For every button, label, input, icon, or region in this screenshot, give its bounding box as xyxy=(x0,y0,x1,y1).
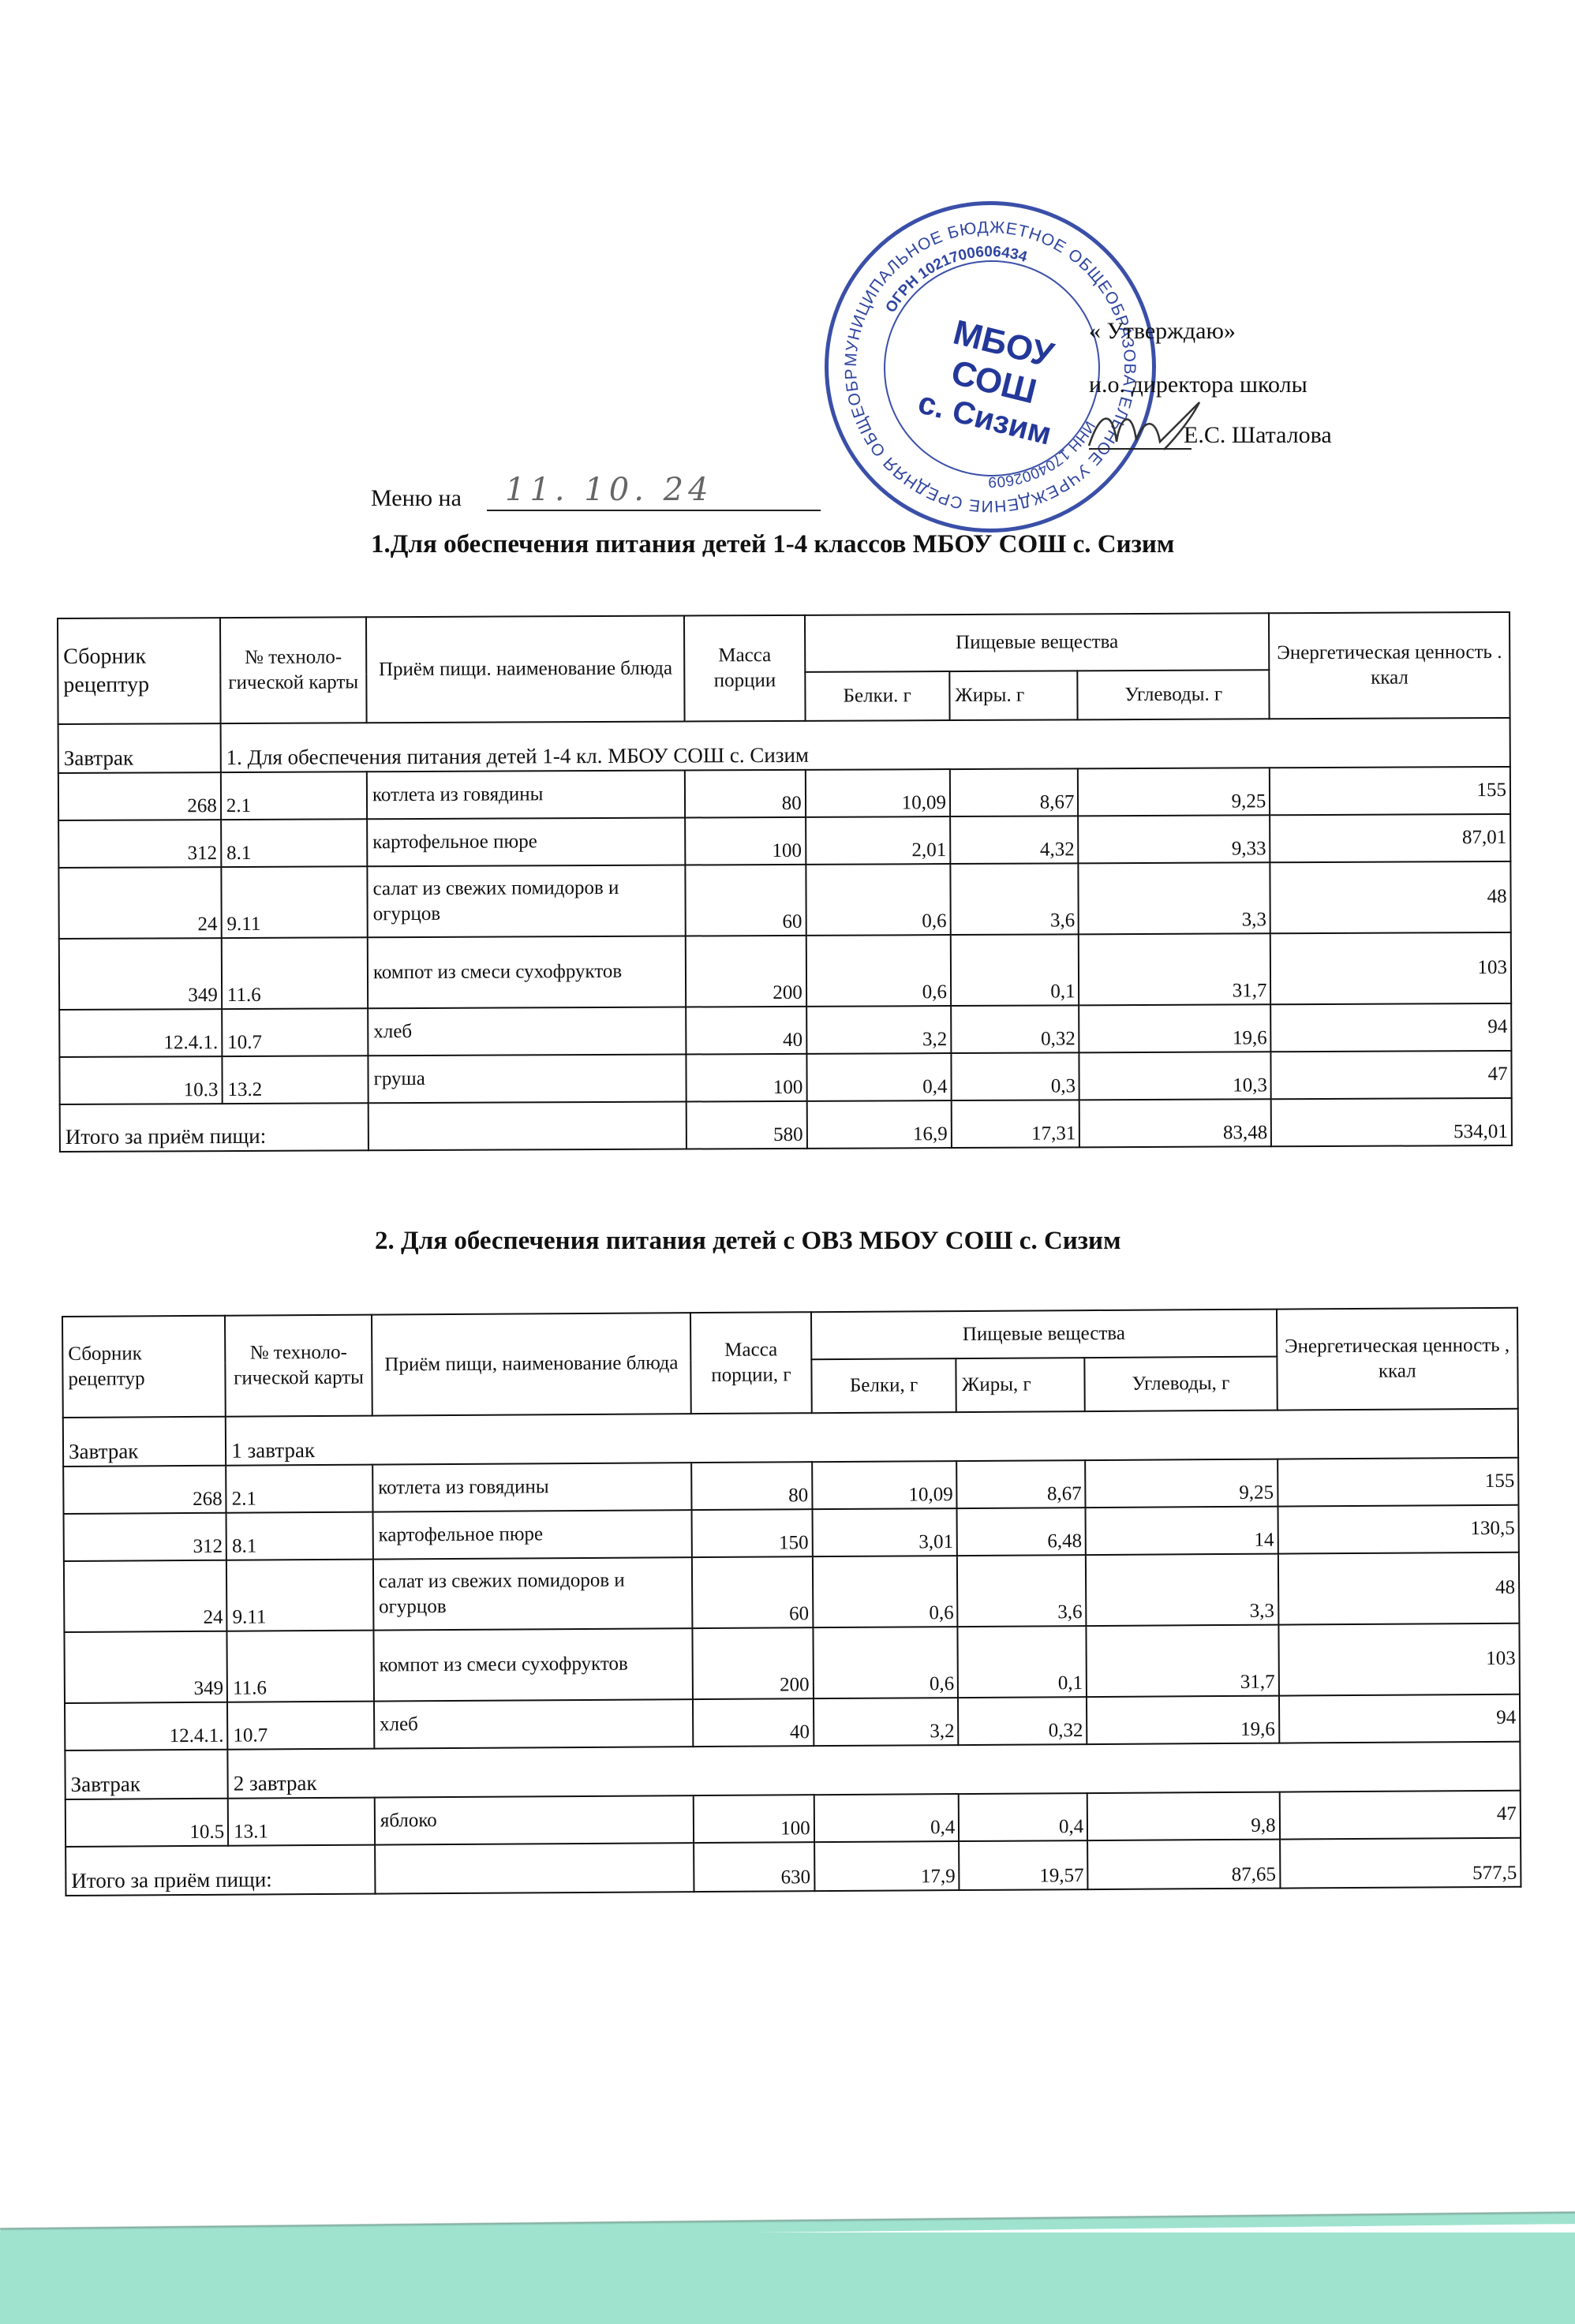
cell-mass: 40 xyxy=(686,1007,807,1055)
total-carbs: 83,48 xyxy=(1079,1099,1271,1147)
cell-fat: 0,32 xyxy=(958,1697,1087,1745)
cell-tech-card: 11.6 xyxy=(222,937,368,1009)
cell-carbs: 9,25 xyxy=(1085,1459,1278,1508)
cell-tech-card: 2.1 xyxy=(226,1465,372,1513)
cell-energy: 48 xyxy=(1270,861,1511,933)
cell-dish: груша xyxy=(368,1055,686,1104)
cell-dish: салат из свежих помидоров и огурцов xyxy=(367,865,686,938)
cell-tech-card: 8.1 xyxy=(221,819,367,867)
header-sbornik: Сборник рецептур xyxy=(58,618,220,724)
total-energy: 534,01 xyxy=(1271,1098,1512,1146)
cell-fat: 4,32 xyxy=(950,816,1079,864)
table-row: 3128.1картофельное пюре1002,014,329,3387… xyxy=(58,814,1510,868)
header-tech-card: № техноло-гической карты xyxy=(225,1315,372,1417)
cell-tech-card: 2.1 xyxy=(221,772,367,820)
cell-dish: хлеб xyxy=(374,1699,694,1748)
cell-sbornik: 12.4.1. xyxy=(59,1009,222,1057)
section1-heading: 1.Для обеспечения питания детей 1-4 клас… xyxy=(371,530,1174,559)
header-protein: Белки, г xyxy=(811,1358,956,1413)
cell-energy: 94 xyxy=(1270,1003,1511,1052)
cell-tech-card: 10.7 xyxy=(227,1702,374,1750)
table-row: 249.11салат из свежих помидоров и огурцо… xyxy=(64,1552,1520,1632)
cell-energy: 103 xyxy=(1278,1623,1520,1696)
section1-table: Сборник рецептур № техноло-гической карт… xyxy=(57,611,1513,1153)
cell-carbs: 3,3 xyxy=(1086,1554,1278,1626)
cell-carbs: 31,7 xyxy=(1087,1625,1279,1697)
cell-fat: 0,3 xyxy=(951,1052,1079,1100)
total-dish xyxy=(375,1843,694,1893)
cell-dish: котлета из говядины xyxy=(367,771,686,820)
cell-protein: 3,2 xyxy=(806,1006,951,1054)
total-mass: 580 xyxy=(686,1101,807,1149)
cell-mass: 60 xyxy=(692,1556,813,1628)
menu-date-underline xyxy=(487,510,821,511)
cell-dish: котлета из говядины xyxy=(372,1463,692,1511)
total-fat: 19,57 xyxy=(959,1840,1087,1890)
cell-mass: 100 xyxy=(686,1054,807,1102)
table-row: 12.4.1.10.7хлеб403,20,3219,694 xyxy=(65,1694,1520,1750)
cell-protein: 10,09 xyxy=(806,769,950,817)
total-label: Итого за приём пищи: xyxy=(60,1103,368,1152)
meal-section-row: Завтрак1 завтрак xyxy=(63,1409,1518,1467)
cell-energy: 47 xyxy=(1271,1051,1512,1099)
cell-fat: 8,67 xyxy=(956,1460,1085,1508)
cell-protein: 0,6 xyxy=(806,935,951,1007)
total-row: Итого за приём пищи: 630 17,9 19,57 87,6… xyxy=(65,1838,1521,1896)
total-fat: 17,31 xyxy=(952,1100,1080,1148)
cell-protein: 3,01 xyxy=(812,1508,957,1556)
meal-label: Завтрак xyxy=(65,1750,228,1799)
cell-dish: компот из смеси сухофруктов xyxy=(368,936,686,1009)
cell-protein: 0,4 xyxy=(814,1794,959,1842)
table-row: 249.11салат из свежих помидоров и огурцо… xyxy=(58,861,1510,939)
cell-fat: 3,6 xyxy=(950,863,1079,935)
cell-protein: 0,6 xyxy=(806,864,951,936)
cell-sbornik: 349 xyxy=(64,1631,227,1703)
section2-heading: 2. Для обеспечения питания детей с ОВЗ М… xyxy=(375,1227,1121,1256)
header-energy: Энергетическая ценность , ккал xyxy=(1277,1308,1518,1410)
cell-sbornik: 268 xyxy=(58,772,221,820)
cell-carbs: 31,7 xyxy=(1079,933,1270,1005)
cell-fat: 0,1 xyxy=(951,934,1079,1006)
cell-carbs: 9,8 xyxy=(1087,1792,1280,1840)
cell-dish: картофельное пюре xyxy=(367,818,686,867)
cell-tech-card: 10.7 xyxy=(222,1008,368,1056)
total-protein: 16,9 xyxy=(806,1100,951,1149)
header-tech-card: № техноло-гической карты xyxy=(220,617,367,723)
cell-mass: 100 xyxy=(694,1795,814,1843)
cell-dish: компот из смеси сухофруктов xyxy=(373,1628,693,1701)
table-row: 12.4.1.10.7хлеб403,20,3219,694 xyxy=(59,1003,1511,1057)
cell-tech-card: 9.11 xyxy=(221,866,368,938)
cell-protein: 0,4 xyxy=(806,1053,951,1101)
total-row: Итого за приём пищи: 580 16,9 17,31 83,4… xyxy=(60,1098,1512,1152)
table-row: 34911.6компот из смеси сухофруктов2000,6… xyxy=(59,932,1511,1010)
cell-energy: 103 xyxy=(1270,932,1511,1004)
cell-sbornik: 268 xyxy=(63,1466,226,1514)
cell-fat: 0,1 xyxy=(958,1626,1087,1698)
approval-position: и.о. директора школы xyxy=(1089,373,1308,397)
header-dish: Приём пищи. наименование блюда xyxy=(366,616,685,723)
cell-dish: яблоко xyxy=(375,1795,694,1844)
total-mass: 630 xyxy=(694,1842,814,1892)
cell-protein: 10,09 xyxy=(812,1461,957,1509)
table-row: 3128.1картофельное пюре1503,016,4814130,… xyxy=(64,1505,1519,1561)
cell-sbornik: 312 xyxy=(64,1513,227,1561)
meal-subtitle: 1. Для обеспечения питания детей 1-4 кл.… xyxy=(220,718,1510,772)
cell-energy: 155 xyxy=(1270,767,1510,815)
header-protein: Белки. г xyxy=(805,671,949,721)
cell-sbornik: 10.3 xyxy=(59,1056,222,1104)
menu-date-label: Меню на xyxy=(371,485,462,512)
cell-sbornik: 349 xyxy=(59,938,222,1010)
header-mass: Масса порции, г xyxy=(690,1312,811,1414)
header-nutrients: Пищевые вещества xyxy=(811,1310,1277,1360)
cell-carbs: 19,6 xyxy=(1079,1004,1271,1052)
cell-mass: 200 xyxy=(686,936,806,1007)
cell-mass: 80 xyxy=(691,1462,812,1510)
school-stamp: МУНИЦИПАЛЬНОЕ БЮДЖЕТНОЕ ОБЩЕОБРАЗОВАТЕЛЬ… xyxy=(825,201,1156,532)
header-dish: Приём пищи, наименование блюда xyxy=(372,1313,691,1415)
cell-protein: 0,6 xyxy=(813,1627,958,1698)
cell-tech-card: 13.2 xyxy=(222,1056,368,1104)
cell-tech-card: 8.1 xyxy=(226,1512,373,1560)
cell-mass: 60 xyxy=(686,865,806,936)
meal-section-row: Завтрак2 завтрак xyxy=(65,1742,1520,1799)
header-mass: Масса порции xyxy=(684,615,805,722)
total-protein: 17,9 xyxy=(814,1841,960,1891)
cell-mass: 200 xyxy=(693,1627,814,1699)
cell-dish: картофельное пюре xyxy=(372,1510,692,1559)
cell-fat: 0,32 xyxy=(951,1005,1079,1053)
table-row: 2682.1котлета из говядины8010,098,679,25… xyxy=(63,1458,1518,1514)
header-fat: Жиры, г xyxy=(956,1358,1085,1412)
header-carbs: Углеводы, г xyxy=(1085,1357,1278,1411)
table-row: 34911.6компот из смеси сухофруктов2000,6… xyxy=(64,1623,1520,1703)
meal-label: Завтрак xyxy=(58,723,221,773)
cell-tech-card: 9.11 xyxy=(226,1560,373,1631)
table-row: 10.313.2груша1000,40,310,347 xyxy=(59,1051,1511,1104)
table-row: 2682.1котлета из говядины8010,098,679,25… xyxy=(58,767,1510,820)
cell-mass: 150 xyxy=(692,1509,813,1557)
cell-carbs: 9,25 xyxy=(1078,768,1270,816)
cell-sbornik: 24 xyxy=(58,867,221,939)
meal-section-row: Завтрак 1. Для обеспечения питания детей… xyxy=(58,718,1510,773)
cell-energy: 130,5 xyxy=(1278,1505,1519,1554)
cell-mass: 100 xyxy=(686,817,806,865)
total-energy: 577,5 xyxy=(1280,1838,1521,1889)
cell-sbornik: 12.4.1. xyxy=(65,1702,228,1750)
header-nutrients: Пищевые вещества xyxy=(805,613,1270,672)
cell-sbornik: 312 xyxy=(58,820,221,868)
cell-carbs: 3,3 xyxy=(1079,862,1270,934)
total-label: Итого за приём пищи: xyxy=(65,1845,375,1896)
cell-mass: 40 xyxy=(693,1698,814,1747)
cell-energy: 48 xyxy=(1278,1552,1520,1625)
cell-sbornik: 10.5 xyxy=(65,1799,229,1847)
cell-carbs: 9,33 xyxy=(1079,815,1270,863)
cell-carbs: 14 xyxy=(1086,1507,1278,1555)
cell-energy: 155 xyxy=(1278,1458,1519,1507)
cell-energy: 87,01 xyxy=(1270,814,1510,862)
cell-tech-card: 11.6 xyxy=(227,1631,374,1702)
cell-fat: 3,6 xyxy=(957,1555,1086,1627)
cell-energy: 47 xyxy=(1279,1791,1521,1840)
cell-dish: салат из свежих помидоров и огурцов xyxy=(373,1557,693,1630)
header-fat: Жиры. г xyxy=(949,671,1078,720)
cell-energy: 94 xyxy=(1279,1694,1521,1743)
section2-table: Сборник рецептур № техноло-гической карт… xyxy=(62,1307,1521,1896)
background-surface xyxy=(0,2232,1575,2324)
cell-protein: 3,2 xyxy=(814,1698,959,1746)
meal-subtitle: 1 завтрак xyxy=(226,1409,1518,1466)
cell-dish: хлеб xyxy=(368,1007,686,1056)
header-energy: Энергетическая ценность . ккал xyxy=(1269,612,1510,719)
cell-protein: 0,6 xyxy=(813,1556,958,1627)
total-dish xyxy=(368,1102,687,1151)
header-carbs: Углеводы. г xyxy=(1078,670,1270,719)
cell-mass: 80 xyxy=(685,770,806,818)
header-sbornik: Сборник рецептур xyxy=(62,1316,226,1418)
cell-carbs: 10,3 xyxy=(1079,1052,1271,1100)
table-row: 10.513.1яблоко1000,40,49,847 xyxy=(65,1791,1521,1847)
cell-protein: 2,01 xyxy=(806,816,950,865)
menu-date-handwritten: 11. 10. 24 xyxy=(505,472,713,508)
cell-carbs: 19,6 xyxy=(1087,1696,1279,1744)
meal-label: Завтрак xyxy=(63,1417,226,1467)
signature-line xyxy=(1089,448,1192,450)
cell-sbornik: 24 xyxy=(64,1560,227,1632)
total-carbs: 87,65 xyxy=(1087,1840,1280,1889)
approval-label: « Утверждаю» xyxy=(1089,319,1236,343)
cell-fat: 8,67 xyxy=(950,768,1079,816)
cell-tech-card: 13.1 xyxy=(228,1798,375,1846)
cell-fat: 6,48 xyxy=(957,1508,1086,1556)
meal-subtitle: 2 завтрак xyxy=(228,1742,1521,1799)
cell-fat: 0,4 xyxy=(959,1793,1087,1841)
